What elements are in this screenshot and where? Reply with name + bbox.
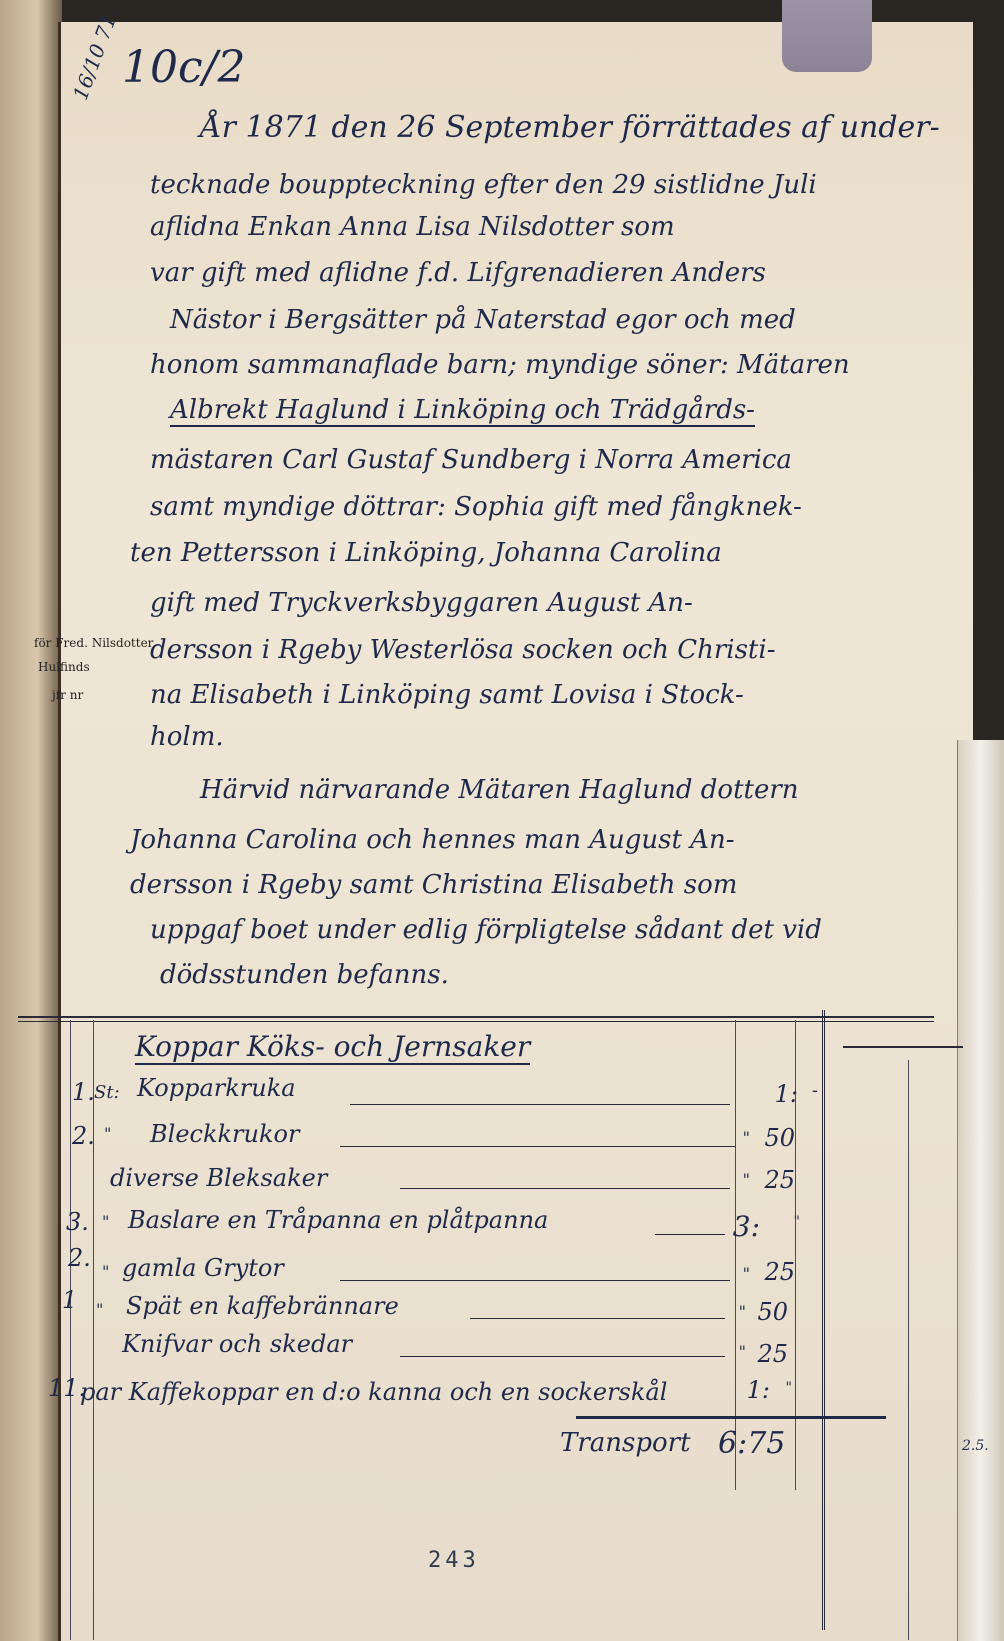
narrative-line: Johanna Carolina och hennes man August A… [130, 825, 734, 855]
item-ore: " [730, 1214, 800, 1230]
item-unit: " [104, 1124, 111, 1143]
narrative-line: Albrekt Haglund i Linköping och Trädgård… [170, 395, 755, 427]
page-stack-edge [957, 740, 1004, 1641]
item-description: Knifvar och skedar [122, 1330, 352, 1358]
narrative-line: År 1871 den 26 September förrättades af … [200, 110, 940, 145]
transport-label: Transport [560, 1428, 691, 1458]
item-qty: 2. [72, 1122, 95, 1150]
ledger-top-rule [18, 1016, 934, 1018]
item-ore: 25 [725, 1258, 795, 1286]
edge-note: 2.5. [962, 1438, 989, 1454]
total-rule [576, 1416, 886, 1419]
item-unit: St: [94, 1082, 120, 1103]
narrative-line: dersson i Rgeby samt Christina Elisabeth… [130, 870, 737, 900]
item-qty: 1 [62, 1286, 77, 1314]
binder-clip [782, 0, 872, 72]
item-qty: 3. [66, 1208, 89, 1236]
item-unit: " [102, 1262, 109, 1281]
item-ore: - [748, 1080, 818, 1101]
ledger-right-column-line [908, 1060, 909, 1640]
item-description: Kopparkruka [137, 1074, 296, 1102]
margin-note-line: för Fred. Nilsdotter [34, 636, 153, 650]
narrative-line: Nästor i Bergsätter på Naterstad egor oc… [170, 305, 796, 335]
ledger-section-title: Koppar Köks- och Jernsaker [135, 1030, 530, 1065]
ledger-unit-column-line [93, 1020, 94, 1640]
item-ore: 50 [718, 1298, 788, 1326]
margin-note-line: Hulfinds [38, 660, 90, 674]
narrative-line: gift med Tryckverksbyggaren August An- [150, 588, 693, 618]
item-leader [340, 1146, 735, 1147]
transport-total: 6:75 [718, 1426, 785, 1461]
narrative-line: var gift med aflidne f.d. Lifgrenadieren… [150, 258, 766, 288]
item-unit: " [96, 1300, 103, 1319]
item-ore: 50 [725, 1124, 795, 1152]
item-description: diverse Bleksaker [110, 1164, 327, 1192]
ledger-right-header-rule [843, 1046, 963, 1048]
narrative-line: dersson i Rgeby Westerlösa socken och Ch… [150, 635, 775, 665]
item-description: gamla Grytor [122, 1254, 284, 1282]
narrative-line: samt myndige döttrar: Sophia gift med få… [150, 492, 802, 522]
item-description: Spät en kaffebrännare [126, 1292, 399, 1320]
narrative-line: uppgaf boet under edlig förpligtelse såd… [150, 915, 822, 945]
item-description: par Kaffekoppar en d:o kanna och en sock… [80, 1378, 667, 1406]
narrative-line: mästaren Carl Gustaf Sundberg i Norra Am… [150, 445, 792, 475]
item-leader [350, 1104, 730, 1105]
item-qty: 1. [72, 1078, 95, 1106]
ledger-qty-column-line [70, 1020, 71, 1640]
narrative-line: na Elisabeth i Linköping samt Lovisa i S… [150, 680, 744, 710]
item-description: Baslare en Tråpanna en plåtpanna [128, 1206, 548, 1234]
narrative-line: honom sammanaflade barn; myndige söner: … [150, 350, 850, 380]
item-ore: " [722, 1380, 792, 1396]
narrative-line: holm. [150, 722, 224, 752]
item-unit: " [102, 1212, 109, 1231]
item-qty: 2. [68, 1244, 91, 1272]
narrative-line: dödsstunden befanns. [160, 960, 449, 990]
narrative-line: ten Pettersson i Linköping, Johanna Caro… [130, 538, 722, 568]
page-number-stamp: 243 [428, 1548, 480, 1573]
item-ore: 25 [718, 1340, 788, 1368]
folio-mark: 10c/2 [122, 42, 245, 93]
narrative-line: tecknade bouppteckning efter den 29 sist… [150, 170, 817, 200]
ledger-top-rule-inner [18, 1021, 934, 1022]
ledger-amount-double-line [822, 1010, 825, 1630]
item-leader [340, 1280, 730, 1281]
margin-note-line: jfr nr [52, 688, 83, 702]
narrative-line: Härvid närvarande Mätaren Haglund dotter… [200, 775, 799, 805]
item-ore: 25 [725, 1166, 795, 1194]
item-description: Bleckkrukor [150, 1120, 299, 1148]
narrative-line: aflidna Enkan Anna Lisa Nilsdotter som [150, 212, 675, 242]
